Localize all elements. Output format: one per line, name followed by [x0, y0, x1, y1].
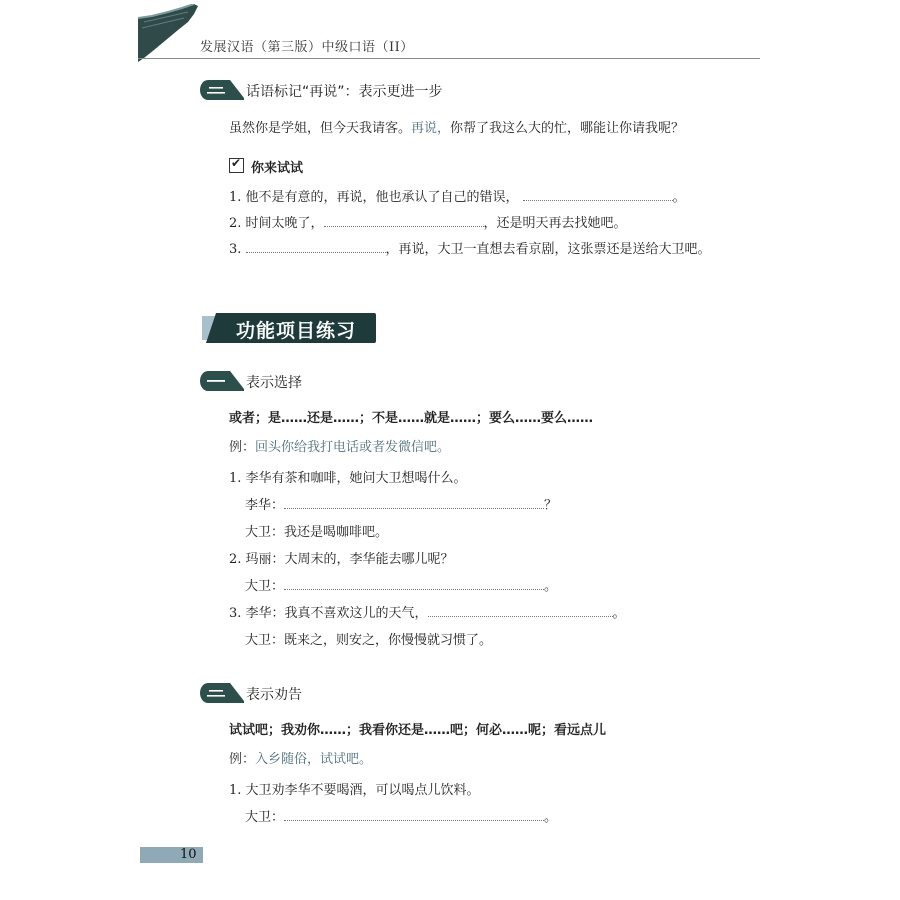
answer-blank[interactable] — [246, 240, 386, 253]
item-prompt: 3. 李华：我真不喜欢这儿的天气，。 — [229, 602, 626, 621]
answer-blank[interactable] — [284, 577, 544, 590]
example-choice: 例：回头你给我打电话或者发微信吧。 — [229, 436, 450, 455]
section-title-discourse: 话语标记“再说”：表示更进一步 — [246, 81, 443, 101]
header-divider — [138, 58, 760, 59]
prompt-text: 3. 李华：我真不喜欢这儿的天气， — [229, 606, 428, 621]
example-sentence: 虽然你是学姐，但今天我请客。再说，你帮了我这么大的忙，哪能让你请我呢？ — [229, 117, 684, 136]
speaker: 大卫： — [245, 579, 284, 594]
punctuation: 。 — [544, 579, 557, 594]
section-badge-2-icon — [200, 683, 244, 703]
answer-blank[interactable] — [523, 188, 673, 201]
page-number: 10 — [180, 847, 197, 862]
exercise-text: 2. 时间太晚了， — [229, 216, 324, 231]
example-text: 入乡随俗，试试吧。 — [255, 752, 372, 767]
answer-blank[interactable] — [428, 604, 613, 617]
exercise-text: 1. 他不是有意的，再说，他也承认了自己的错误， — [229, 190, 519, 205]
punctuation: 。 — [544, 810, 557, 825]
example-label: 例： — [229, 440, 255, 455]
exercise-text: 。 — [673, 190, 686, 205]
punctuation: ？ — [544, 498, 557, 513]
answer-blank[interactable] — [284, 496, 544, 509]
dialogue-line: 大卫：既来之，则安之，你慢慢就习惯了。 — [245, 629, 492, 648]
answer-blank[interactable] — [284, 808, 544, 821]
speaker: 大卫： — [245, 633, 284, 648]
punctuation: 。 — [613, 606, 626, 621]
speaker: 大卫： — [245, 525, 284, 540]
try-label: 你来试试 — [251, 157, 303, 176]
book-title: 发展汉语（第三版）中级口语（II） — [200, 36, 414, 55]
exercise-1: 1. 他不是有意的，再说，他也承认了自己的错误，。 — [229, 186, 686, 205]
item-prompt: 2. 玛丽：大周末的，李华能去哪儿呢？ — [229, 548, 454, 567]
exercise-2: 2. 时间太晚了，，还是明天再去找她吧。 — [229, 212, 627, 231]
answer-blank[interactable] — [324, 214, 484, 227]
patterns-choice: 或者；是……还是……；不是……就是……；要么……要么…… — [229, 407, 593, 426]
section-title-choice: 表示选择 — [246, 372, 302, 392]
dialogue-line: 大卫：。 — [245, 806, 557, 825]
example-part: 虽然你是学姐，但今天我请客。 — [229, 121, 411, 136]
banner-title: 功能项目练习 — [236, 316, 356, 343]
item-prompt: 1. 李华有茶和咖啡，她问大卫想喝什么。 — [229, 467, 467, 486]
example-label: 例： — [229, 752, 255, 767]
speaker: 李华： — [245, 498, 284, 513]
section-badge-2-icon — [200, 80, 244, 100]
example-highlight: 再说， — [411, 121, 450, 136]
speaker: 大卫： — [245, 810, 284, 825]
roof-eave-decoration — [138, 4, 200, 62]
example-text: 回头你给我打电话或者发微信吧。 — [255, 440, 450, 455]
patterns-advice: 试试吧；我劝你……；我看你还是……吧；何必……呢；看远点儿 — [229, 719, 606, 738]
section-badge-1-icon — [200, 371, 244, 391]
try-checkbox-icon: ✔ — [229, 158, 244, 173]
section-title-advice: 表示劝告 — [246, 684, 302, 704]
dialogue-text: 既来之，则安之，你慢慢就习惯了。 — [284, 633, 492, 648]
exercise-3: 3. ，再说，大卫一直想去看京剧，这张票还是送给大卫吧。 — [229, 238, 711, 257]
dialogue-text: 我还是喝咖啡吧。 — [284, 525, 388, 540]
exercise-text: ，再说，大卫一直想去看京剧，这张票还是送给大卫吧。 — [386, 242, 711, 257]
dialogue-line: 李华：？ — [245, 494, 557, 513]
dialogue-line: 大卫：。 — [245, 575, 557, 594]
item-prompt: 1. 大卫劝李华不要喝酒，可以喝点儿饮料。 — [229, 779, 480, 798]
example-part: 你帮了我这么大的忙，哪能让你请我呢？ — [450, 121, 684, 136]
exercise-text: 3. — [229, 242, 246, 257]
example-advice: 例：入乡随俗，试试吧。 — [229, 748, 372, 767]
exercise-text: ，还是明天再去找她吧。 — [484, 216, 627, 231]
dialogue-line: 大卫：我还是喝咖啡吧。 — [245, 521, 388, 540]
